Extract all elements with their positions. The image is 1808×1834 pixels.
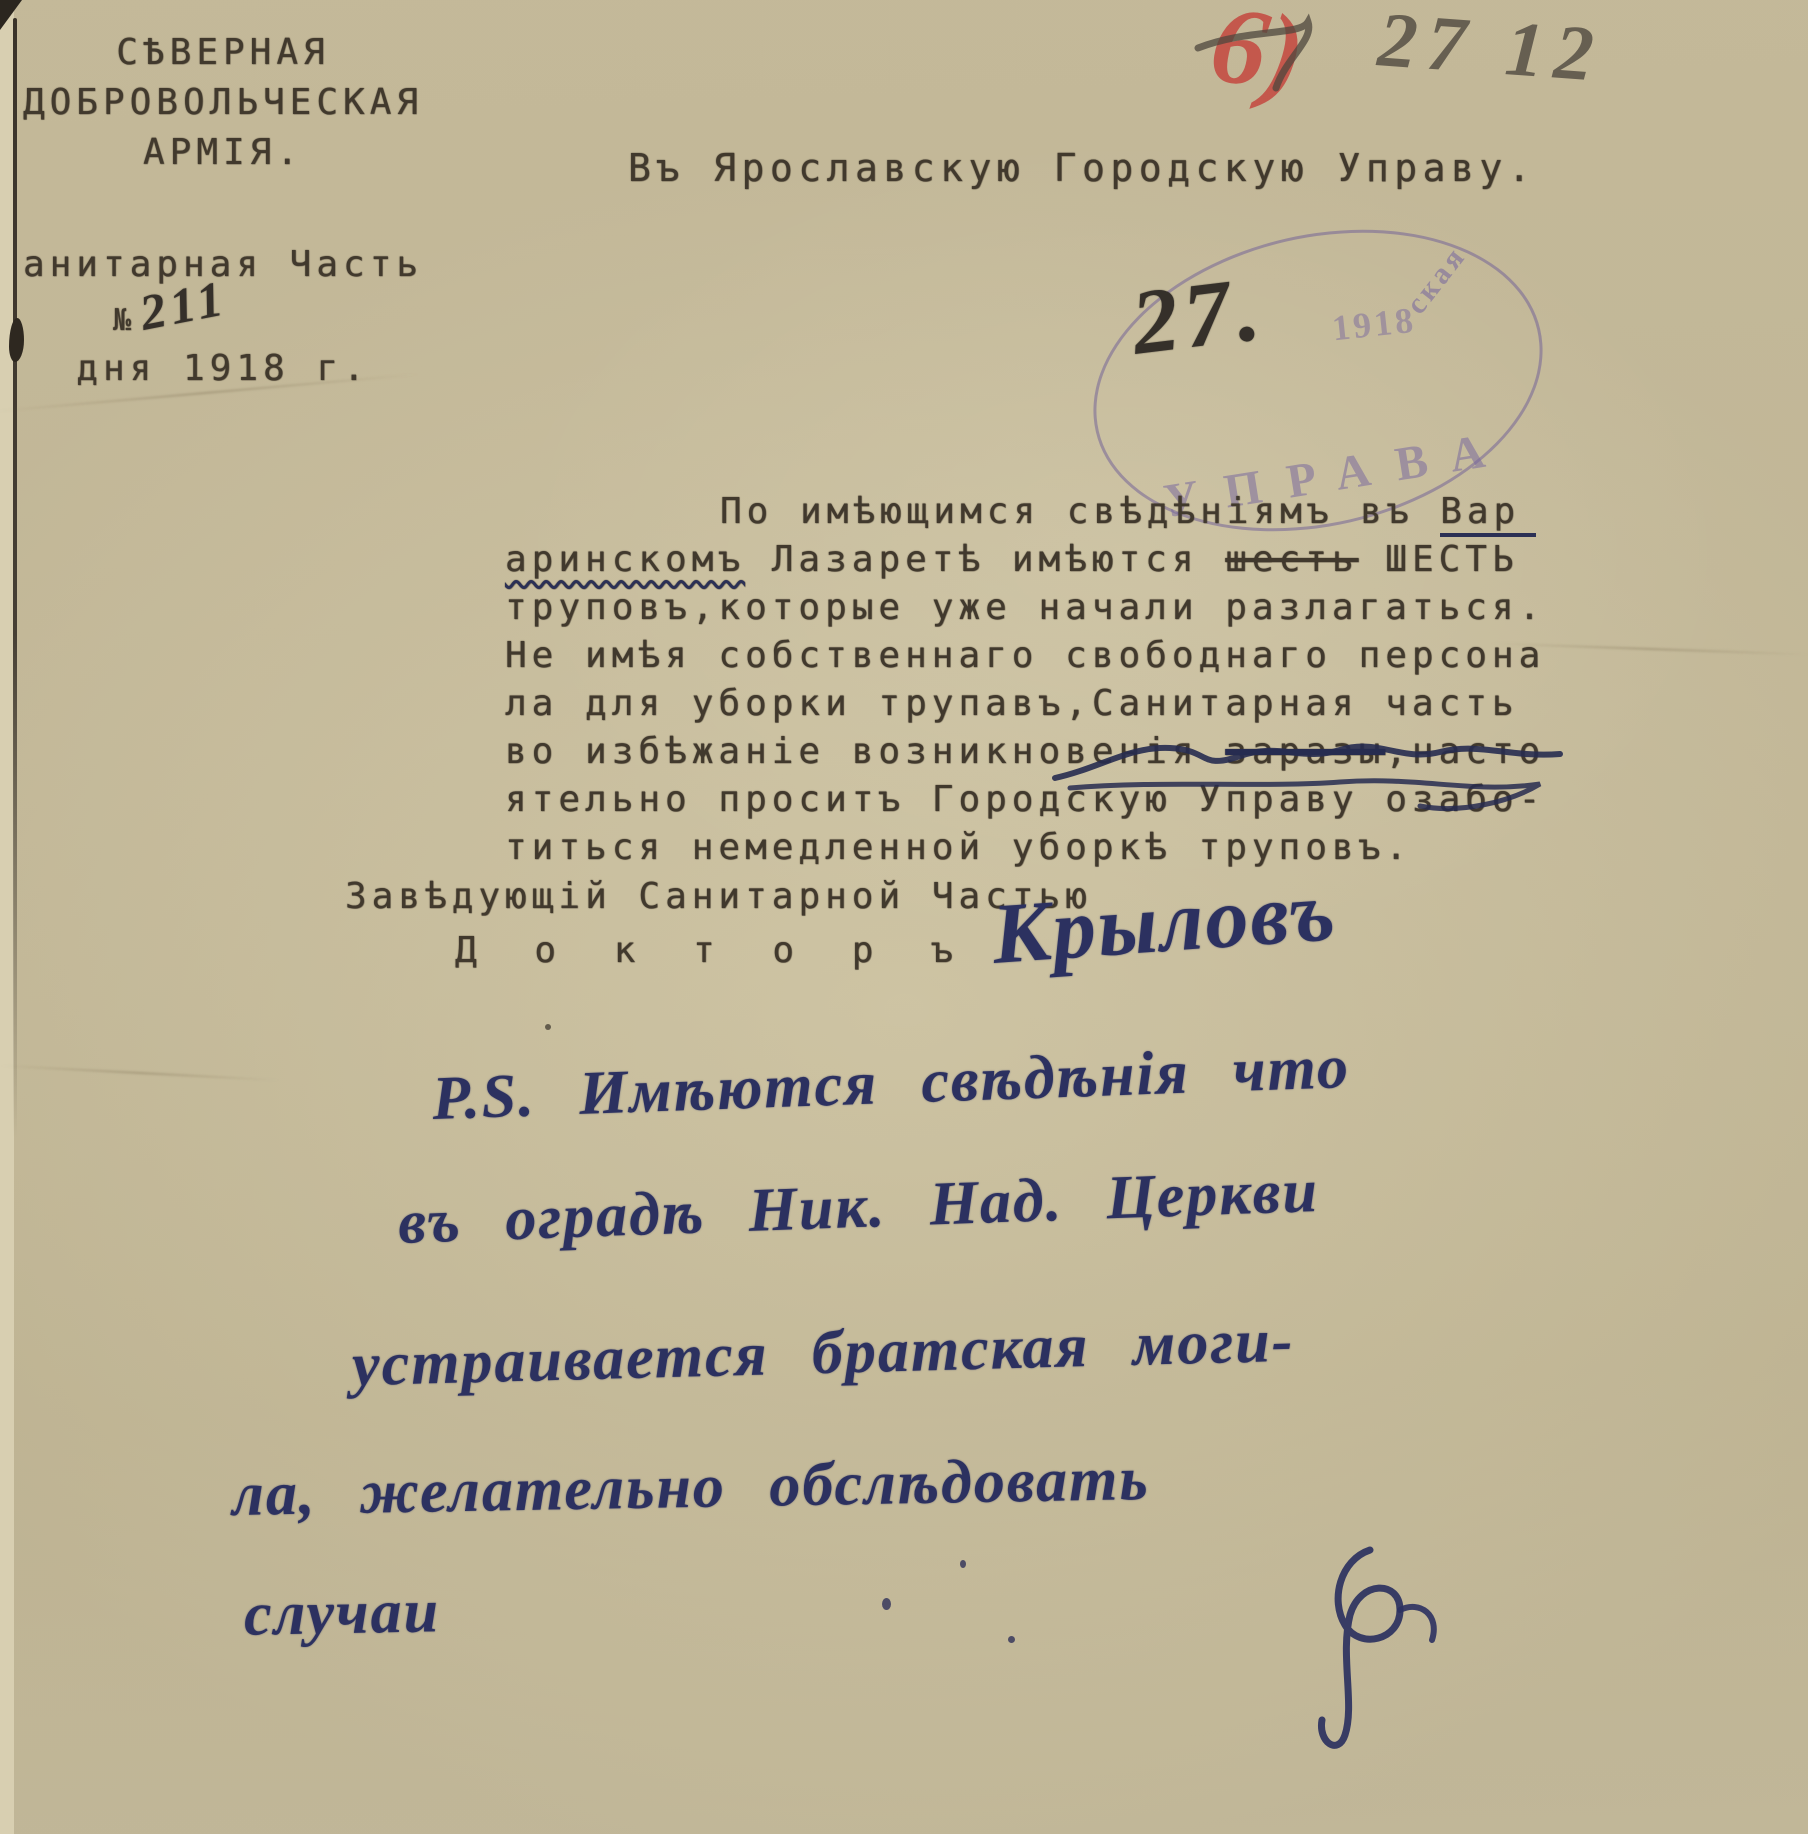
addressee-line: Въ Ярославскую Городскую Управу. bbox=[628, 146, 1536, 190]
body-l1-underlined: Вар bbox=[1440, 491, 1536, 537]
ink-speck bbox=[1008, 1636, 1015, 1643]
signature-initials-flourish bbox=[1250, 1520, 1490, 1760]
ink-speck bbox=[960, 1560, 966, 1568]
number-sign: № bbox=[113, 296, 136, 346]
body-l1-text: По имѣющимся свѣдѣніямъ въ bbox=[720, 491, 1440, 532]
paper-crease bbox=[0, 1065, 280, 1082]
signoff-doctor: Д о к т о р ъ bbox=[455, 930, 971, 971]
body-l2-text: Лазаретѣ имѣются bbox=[745, 539, 1225, 580]
letterhead-date-line: дня 1918 г. bbox=[8, 344, 438, 394]
postscript-line-2: въ оградѣ Ник. Над. Церкви bbox=[397, 1156, 1320, 1259]
body-line-3: труповъ,которые уже начали разлагаться. bbox=[505, 584, 1545, 632]
postscript-line-1: P.S. Имѣются свѣдѣнія что bbox=[431, 1032, 1351, 1135]
stamp-date: 1918 bbox=[1330, 299, 1418, 350]
document-page: СѢВЕРНАЯ ДОБРОВОЛЬЧЕСКАЯ АРМІЯ. анитарна… bbox=[0, 0, 1808, 1834]
body-line-1: По имѣющимся свѣдѣніямъ въ Вар bbox=[505, 488, 1545, 536]
postscript-line-4: ла, желательно обслѣдовать bbox=[231, 1444, 1150, 1531]
signoff-title: Завѣдующій Санитарной Частью bbox=[345, 876, 1092, 917]
body-l2-underlined: аринскомъ bbox=[505, 539, 745, 580]
body-l2-struck-word: шесть bbox=[1225, 539, 1358, 580]
body-line-2: аринскомъ Лазаретѣ имѣются шесть ШЕСТЬ bbox=[505, 536, 1545, 584]
letterhead-line1: СѢВЕРНАЯ bbox=[8, 28, 438, 78]
handwritten-number: 211 bbox=[136, 272, 231, 338]
postscript-line-3: устраивается братская моги- bbox=[351, 1306, 1295, 1402]
letterhead-line2: ДОБРОВОЛЬЧЕСКАЯ bbox=[8, 78, 438, 128]
letterhead: СѢВЕРНАЯ ДОБРОВОЛЬЧЕСКАЯ АРМІЯ. анитарна… bbox=[8, 28, 438, 394]
registration-number: 27. bbox=[1126, 254, 1271, 375]
body-l2-caps: ШЕСТЬ bbox=[1359, 539, 1519, 580]
postscript-line-5: случаи bbox=[243, 1576, 440, 1650]
body-line-4: Не имѣя собственнаго свободнаго персона bbox=[505, 632, 1545, 680]
graphite-stroke bbox=[1190, 10, 1370, 120]
ink-speck bbox=[882, 1598, 891, 1610]
ink-speck bbox=[545, 1024, 551, 1030]
pencil-page-numbers: 27 12 bbox=[1375, 0, 1606, 100]
body-line-8: титься немедленной уборкѣ труповъ. bbox=[505, 824, 1545, 872]
ink-correction-scribble bbox=[1040, 718, 1600, 828]
letterhead-number-row: № 211 bbox=[8, 290, 438, 342]
letterhead-line3: АРМІЯ. bbox=[8, 128, 438, 178]
